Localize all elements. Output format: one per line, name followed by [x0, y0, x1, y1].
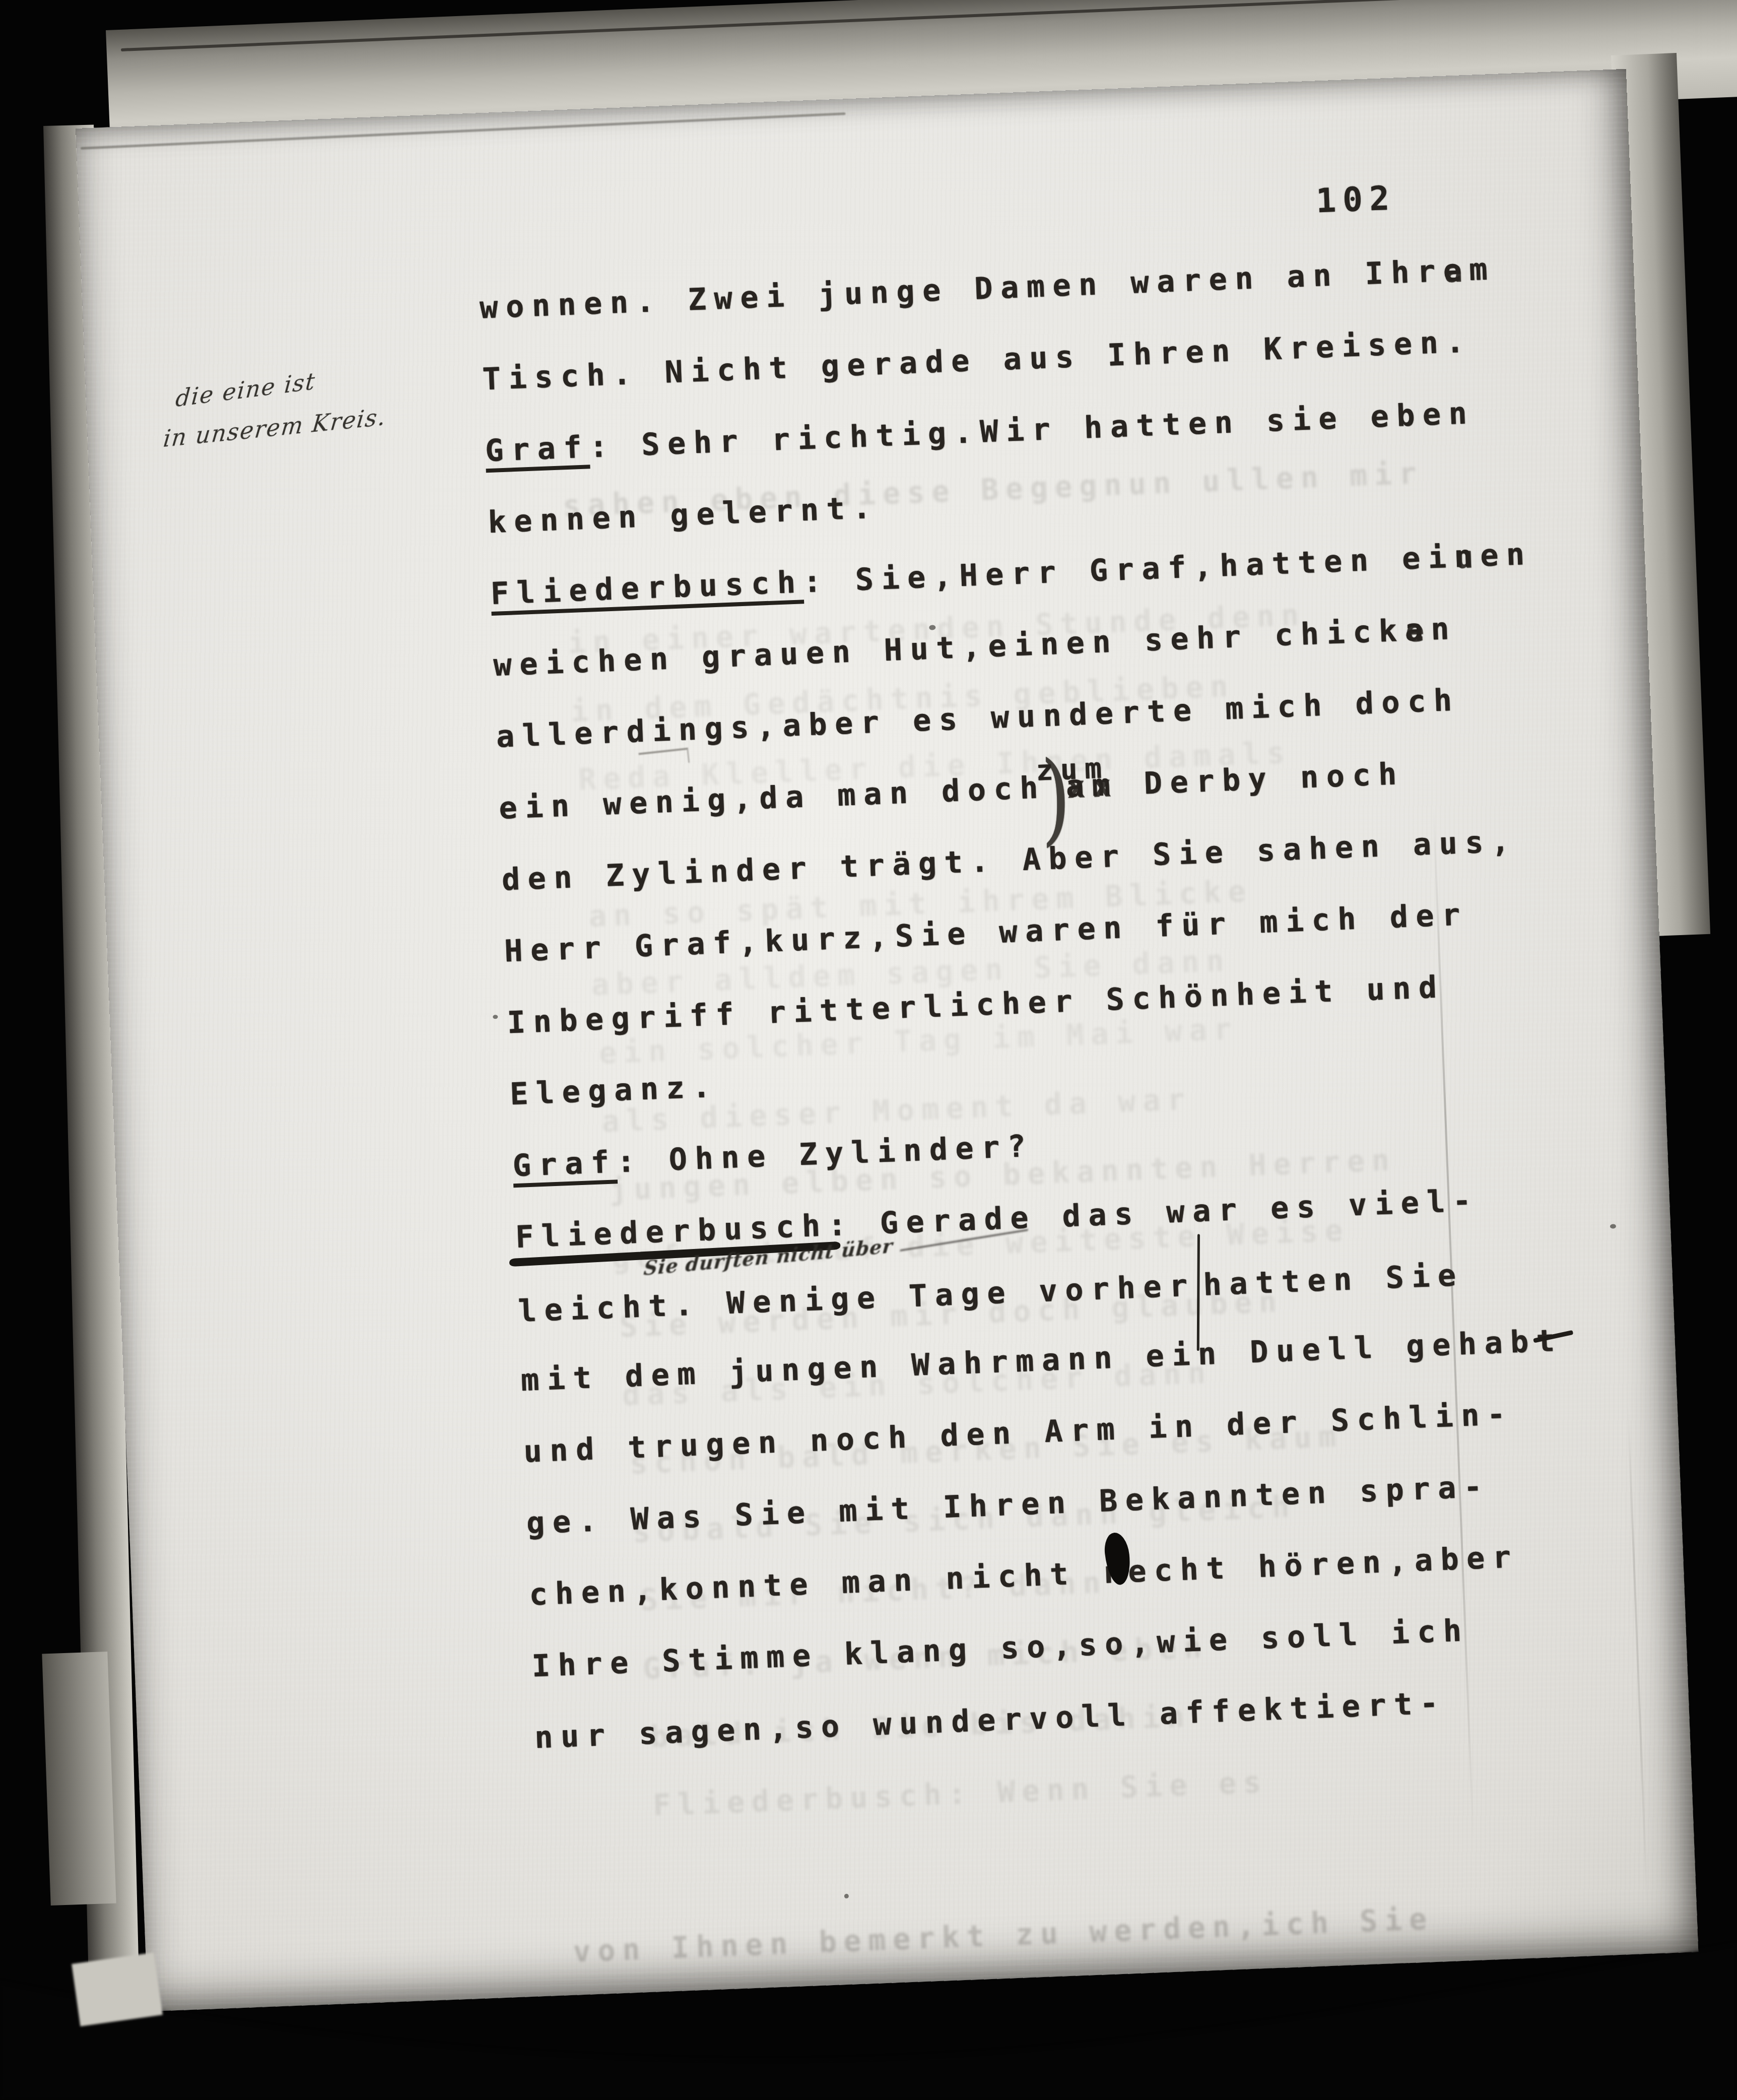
under-sheet-corner: [72, 1952, 163, 2026]
scan-bottom-shadow: [0, 0, 1737, 2100]
scanned-typescript-page: 102 die eine ist in unserem Kreis. sahen…: [0, 0, 1737, 2100]
